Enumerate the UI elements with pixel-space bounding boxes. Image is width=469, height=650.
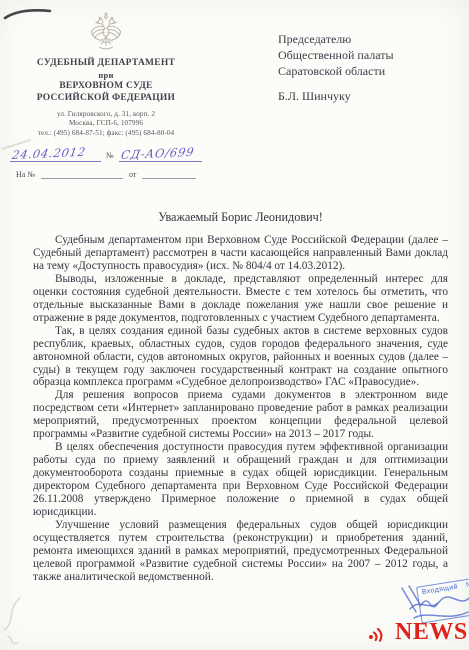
recipient-block: Председателю Общественной палаты Саратов…: [278, 31, 394, 104]
salutation: Уважаемый Борис Леонидович!: [33, 210, 448, 225]
recipient-line-3: Саратовской области: [278, 63, 394, 79]
reference-blank-2: [142, 169, 196, 179]
org-name-line-2: при: [10, 70, 202, 82]
address-line-2: Москва, ГСП-6, 107996: [10, 119, 202, 128]
letter-body: Судебным департаментом при Верховном Суд…: [33, 234, 448, 584]
outgoing-number-row: 24.04.2012 № СД-АО/699: [10, 143, 202, 162]
paragraph-2: Выводы, изложенные в докладе, представля…: [33, 273, 448, 325]
paragraph-6: Улучшение условий размещения федеральных…: [33, 519, 448, 584]
reference-blank-1: [41, 169, 123, 179]
handwritten-number: СД-АО/699: [120, 145, 195, 162]
recipient-name: Б.Л. Шинчуку: [278, 88, 394, 104]
news-watermark: NEWS: [367, 620, 468, 644]
address-line-3: тел.: (495) 684-87-51; факс: (495) 684-8…: [10, 129, 202, 138]
paragraph-1: Судебным департаментом при Верховном Суд…: [33, 234, 448, 273]
letterhead: СУДЕБНЫЙ ДЕПАРТАМЕНТ при ВЕРХОВНОМ СУДЕ …: [10, 12, 202, 179]
org-name-line-3: ВЕРХОВНОМ СУДЕ: [10, 81, 202, 93]
org-name-line-4: РОССИЙСКОЙ ФЕДЕРАЦИИ: [10, 93, 202, 105]
paragraph-4: Для решения вопросов приема судами докум…: [33, 389, 448, 441]
scan-artifact-left: [0, 136, 34, 152]
sound-waves-icon: [366, 621, 389, 643]
recipient-line-1: Председателю: [278, 31, 394, 47]
org-address: ул. Гиляровского, д. 31, корп. 2 Москва,…: [10, 110, 202, 138]
address-line-1: ул. Гиляровского, д. 31, корп. 2: [10, 110, 202, 119]
recipient-line-2: Общественной палаты: [278, 47, 394, 63]
news-text: NEWS: [395, 620, 468, 644]
scanned-letter-page: СУДЕБНЫЙ ДЕПАРТАМЕНТ при ВЕРХОВНОМ СУДЕ …: [0, 0, 469, 650]
scan-artifact-bottom-left: [0, 596, 28, 648]
paragraph-3: Так, в целях создания единой базы судебн…: [33, 325, 448, 390]
number-sign: №: [106, 151, 114, 162]
reference-from-label: от: [129, 170, 136, 179]
org-name-line-1: СУДЕБНЫЙ ДЕПАРТАМЕНТ: [10, 58, 202, 70]
reference-row: На № от: [10, 169, 202, 179]
coat-of-arms-icon: [87, 12, 125, 54]
reference-label: На №: [16, 170, 35, 179]
paragraph-5: В целях обеспечения доступности правосуд…: [33, 441, 448, 519]
outgoing-number-blank: СД-АО/699: [119, 145, 202, 162]
